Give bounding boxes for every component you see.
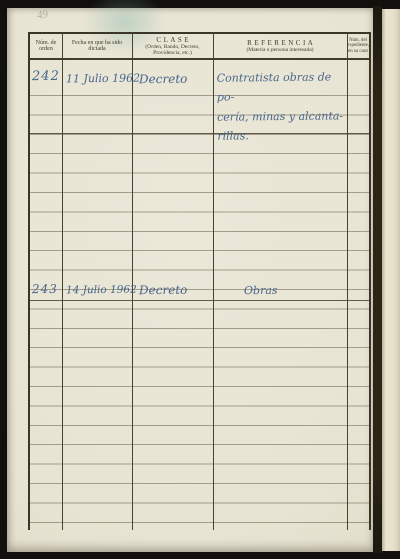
header-label-num: Núm. de orden xyxy=(31,40,61,53)
page-gutter xyxy=(373,6,382,553)
header-sublabel-referencia: (Materia o persona interesada) xyxy=(246,47,313,53)
ledger-page: 49 Núm. de orden Fecha en que ha sido di… xyxy=(7,8,373,552)
header-label-clase: CLASE xyxy=(154,36,191,44)
entry-242-number: 242 xyxy=(32,69,60,84)
header-cell-num: Núm. de orden xyxy=(30,34,62,58)
header-label-fecha: Fecha en que ha sido dictada xyxy=(63,40,131,53)
entry-242-reference-line-3: rillas. xyxy=(217,130,249,143)
corner-annotation: 49 xyxy=(36,8,49,22)
header-cell-expediente: Núm. del expediente, en su caso xyxy=(347,34,369,58)
entry-242-reference-line-2: cería, minas y alcanta- xyxy=(217,109,343,123)
header-sublabel-clase: (Orden, Bando, Decreto, Providencia, etc… xyxy=(133,44,212,56)
next-page-edge xyxy=(382,9,400,551)
header-label-expediente: Núm. del expediente, en su caso xyxy=(347,38,369,54)
header-label-referencia: REFERENCIA xyxy=(245,39,316,47)
header-cell-fecha: Fecha en que ha sido dictada xyxy=(62,34,132,58)
header-row: Núm. de orden Fecha en que ha sido dicta… xyxy=(30,34,369,58)
entry-242-reference-line-1: Contratista obras de po- xyxy=(217,70,332,104)
entry-242-class: Decreto xyxy=(139,72,187,87)
table-left-border xyxy=(28,32,30,530)
entry-242-date: 11 Julio 1962 xyxy=(66,72,140,86)
registry-table: Núm. de orden Fecha en que ha sido dicta… xyxy=(28,32,371,530)
entry-243-number: 243 xyxy=(32,282,58,296)
ruled-lines xyxy=(30,95,369,524)
entry-242-reference: Contratista obras de po- cería, minas y … xyxy=(217,67,350,146)
entry-243-reference: Obras xyxy=(244,284,278,297)
header-bottom-border xyxy=(28,58,371,60)
scanned-ledger-image: 49 Núm. de orden Fecha en que ha sido di… xyxy=(0,0,400,559)
column-divider xyxy=(62,32,63,530)
table-right-border xyxy=(369,32,371,530)
column-divider xyxy=(132,32,133,530)
entry-243-date: 14 Julio 1962 xyxy=(66,284,137,297)
header-cell-referencia: REFERENCIA (Materia o persona interesada… xyxy=(213,34,347,58)
header-cell-clase: CLASE (Orden, Bando, Decreto, Providenci… xyxy=(132,34,213,58)
row-separator-line xyxy=(29,300,370,301)
column-divider xyxy=(213,32,214,530)
entry-243-class: Decreto xyxy=(139,283,187,298)
